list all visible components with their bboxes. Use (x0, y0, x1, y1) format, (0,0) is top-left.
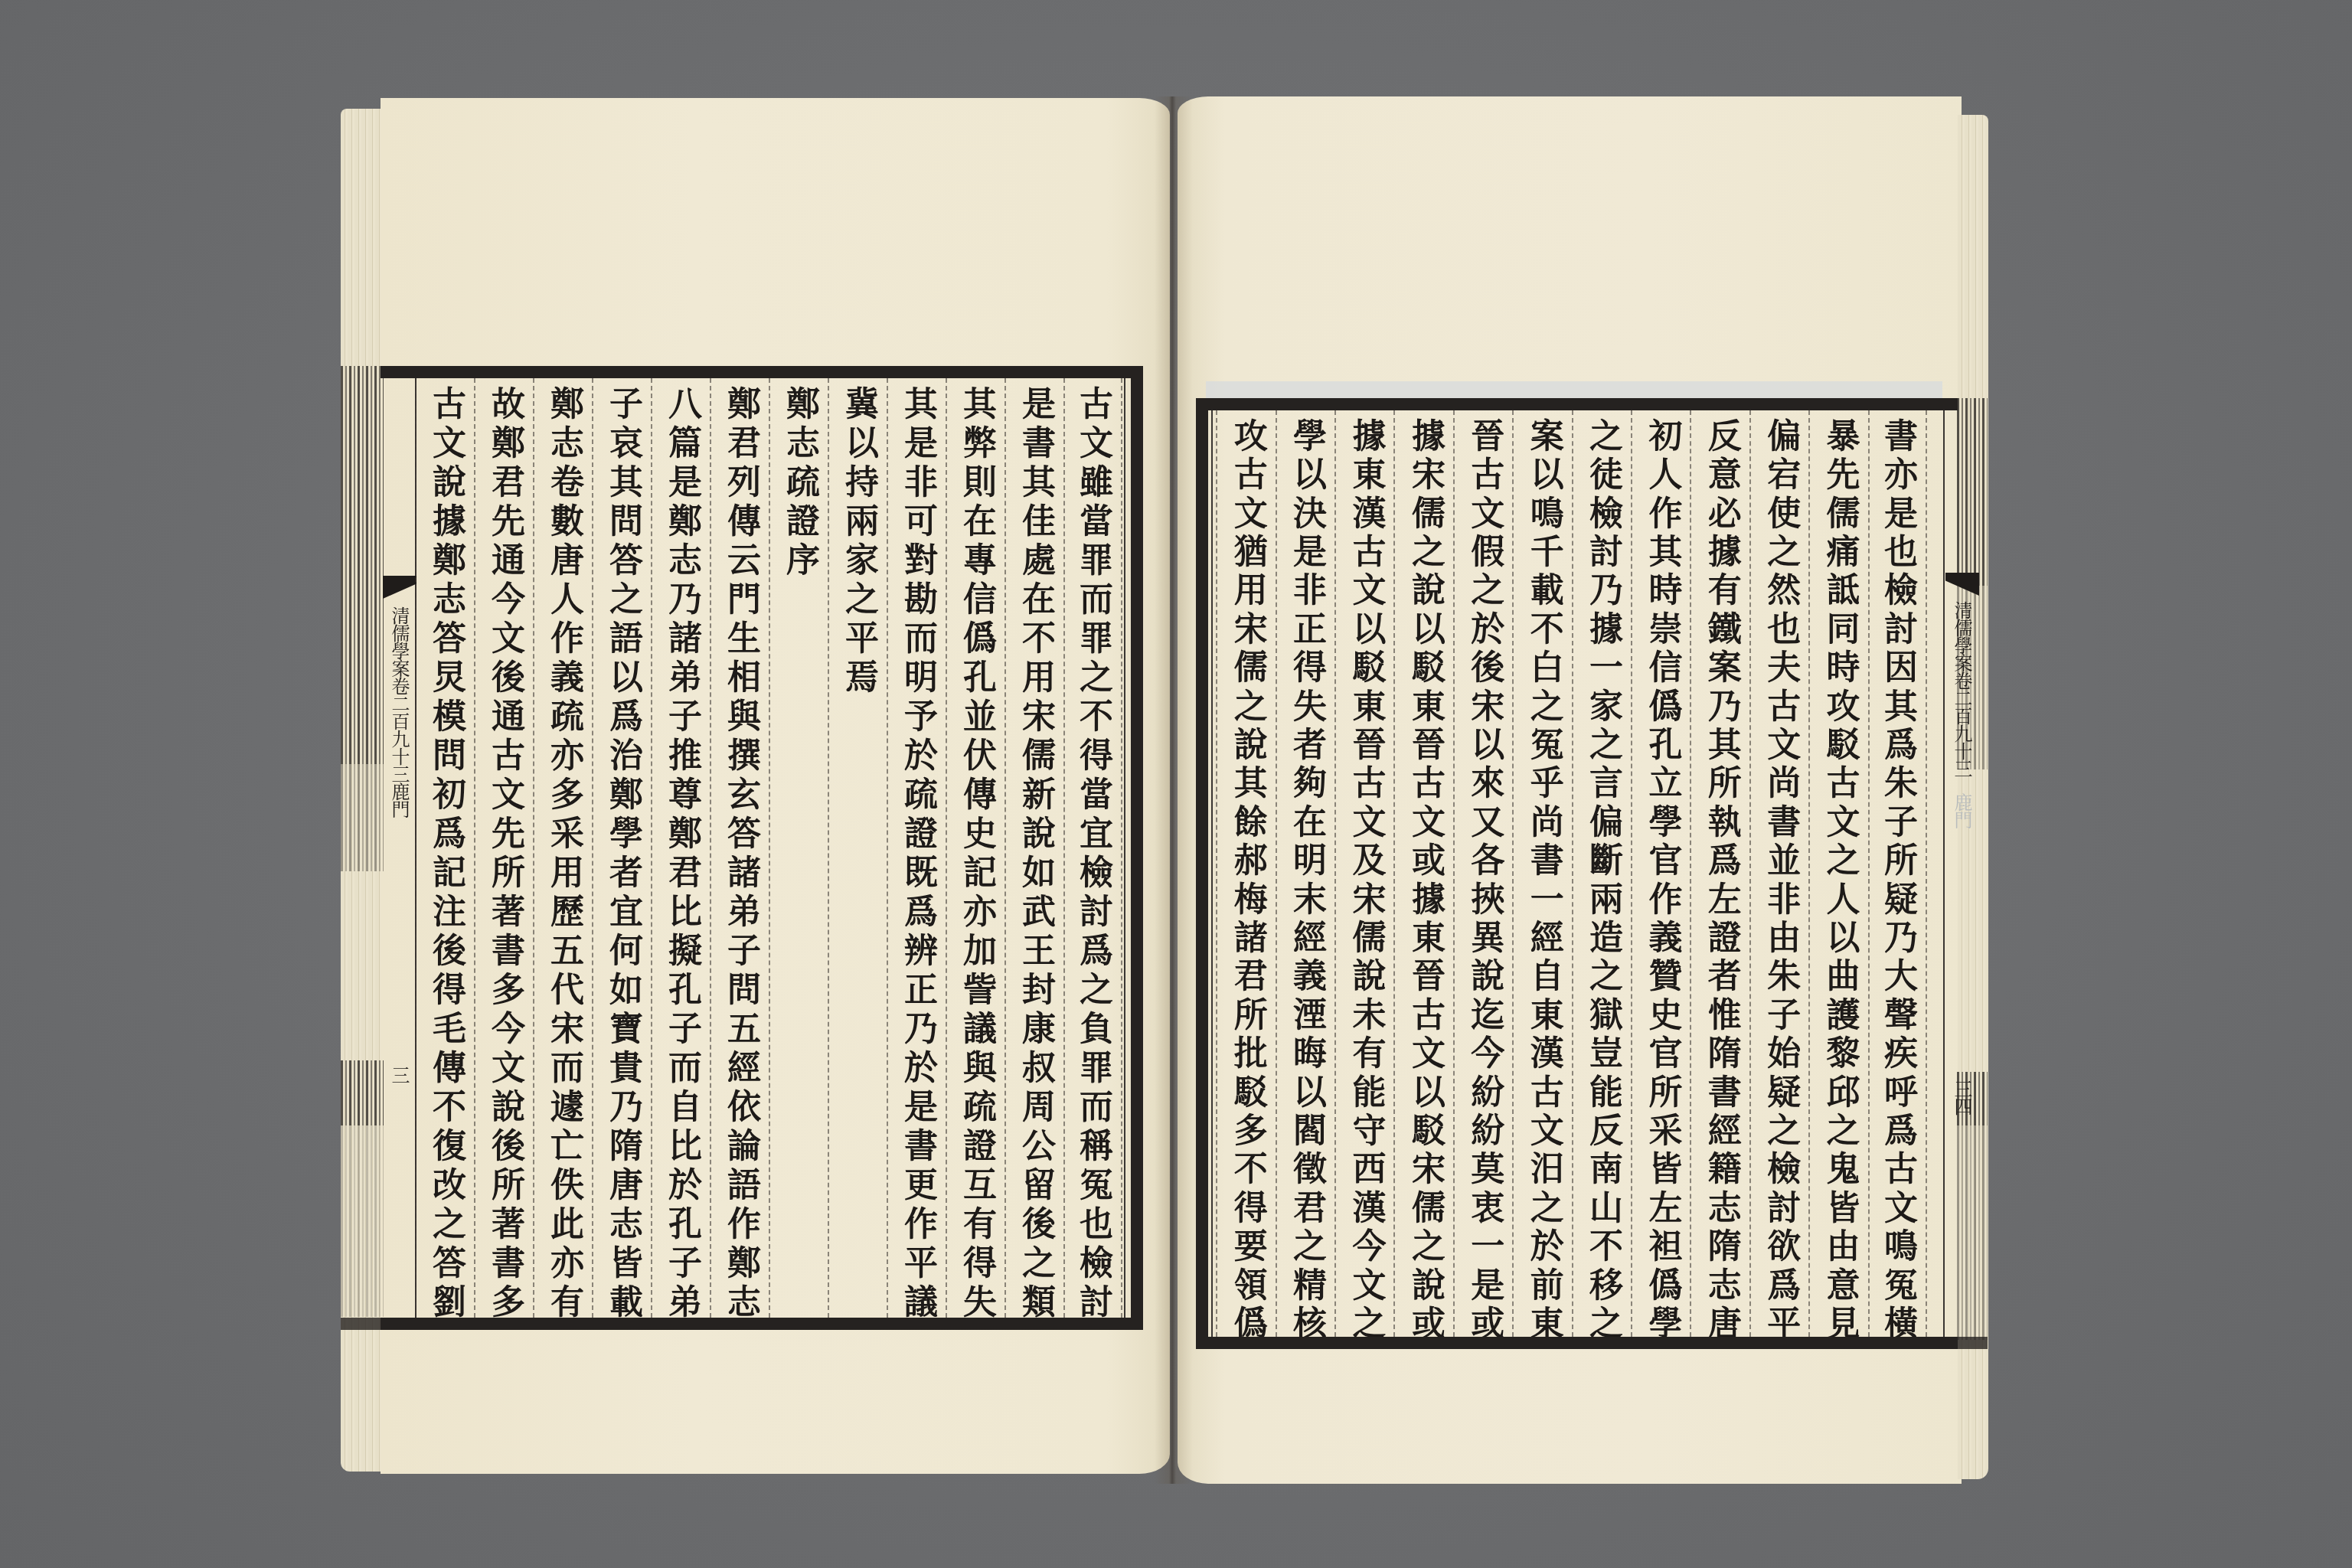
text-column: 案以鳴千載不白之冤乎尚書一經自東漢古文汨之於前東 (1512, 410, 1571, 1337)
text-column: 其弊則在專信僞孔並伏傳史記亦加訾議與疏證互有得失 (946, 378, 1004, 1318)
text-column: 八篇是鄭志乃諸弟子推尊鄭君比擬孔子而自比於孔子弟 (651, 378, 710, 1318)
right-page-text: 書亦是也檢討因其爲朱子所疑乃大聲疾呼爲古文鳴冤橫 暴先儒痛詆同時攻駁古文之人以曲… (1216, 410, 1927, 1337)
right-edge-print-marks (1957, 1125, 1988, 1340)
left-margin-section: 鹿門 (387, 782, 410, 836)
left-edge-print-marks (341, 1125, 384, 1317)
text-column: 暴先儒痛詆同時攻駁古文之人以曲護黎邱之鬼皆由意見 (1808, 410, 1867, 1337)
text-column: 初人作其時崇信僞孔立學官作義贊史官所采皆左袒僞學 (1631, 410, 1690, 1337)
text-column: 偏宕使之然也夫古文尚書並非由朱子始疑之檢討欲爲平 (1749, 410, 1808, 1337)
text-column: 之徒檢討乃據一家之言偏斷兩造之獄豈能反南山不移之 (1572, 410, 1631, 1337)
text-column: 是書其佳處在不用宋儒新說如武王封康叔周公留後之類 (1004, 378, 1063, 1318)
text-column: 古文雖當罪而罪之不得當宜檢討爲之負罪而稱冤也檢討 (1063, 378, 1122, 1318)
left-edge-print-marks (341, 764, 384, 871)
right-margin-section: 鹿門 (1950, 793, 1973, 847)
text-column: 冀以持兩家之平焉 (828, 378, 887, 1318)
left-edge-border-mark (341, 1318, 384, 1330)
book-gutter (1155, 96, 1193, 1484)
text-column: 古文說據鄭志答炅模問初爲記注後得毛傳不復改之答劉 (415, 378, 474, 1318)
paper-repair-strip (1206, 381, 1942, 400)
right-edge-border-mark (1957, 1337, 1988, 1349)
right-margin-page-number: 三四 (1950, 1080, 1973, 1125)
text-column: 其是非可對勘而明予於疏證既爲辨正乃於是書更作平議 (887, 378, 946, 1318)
text-column: 鄭君列傳云門生相與撰玄答諸弟子問五經依論語作鄭志 (710, 378, 769, 1318)
left-page-text: 古文雖當罪而罪之不得當宜檢討爲之負罪而稱冤也檢討 是書其佳處在不用宋儒新說如武王… (415, 378, 1122, 1318)
text-column: 晉古文假之於後宋以來又各挾異說迄今紛紛莫衷一是或 (1453, 410, 1512, 1337)
section-heading: 鄭志疏證序 (769, 378, 828, 1318)
right-margin-book-title: 清儒學案卷二百九十三 (1950, 601, 1973, 785)
left-frame-inner-rule (1124, 378, 1125, 1318)
text-column: 故鄭君先通今文後通古文先所著書多今文說後所著書多 (474, 378, 533, 1318)
text-column: 子哀其問答之語以爲治鄭學者宜何如寶貴乃隋唐志皆載 (592, 378, 651, 1318)
right-edge-print-marks (1957, 398, 1988, 586)
left-edge-print-marks (341, 366, 384, 764)
text-column: 據宋儒之說以駁東晉古文或據東晉古文以駁宋儒之說或 (1393, 410, 1452, 1337)
left-margin-book-title: 清儒學案卷二百九十三 (387, 606, 410, 790)
text-column: 反意必據有鐵案乃其所執爲左證者惟隋書經籍志隋志唐 (1690, 410, 1749, 1337)
left-margin-page-number: 三 (387, 1066, 410, 1096)
text-column: 鄭志卷數唐人作義疏亦多采用歷五代宋而遽亡佚此亦有 (533, 378, 592, 1318)
text-column: 學以決是非正得失者夠在明末經義湮晦以閻徵君之精核 (1276, 410, 1334, 1337)
photo-stage: 清儒學案卷二百九十三 鹿門 三 古文雖當罪而罪之不得當宜檢討爲之負罪而稱冤也檢討… (0, 0, 2352, 1568)
text-column: 據東漢古文以駁東晉古文及宋儒說未有能守西漢今文之 (1334, 410, 1393, 1337)
right-frame-inner-rule (1211, 410, 1213, 1337)
text-column: 書亦是也檢討因其爲朱子所疑乃大聲疾呼爲古文鳴冤橫 (1868, 410, 1927, 1337)
right-fold-rule (1943, 410, 1945, 1337)
text-column: 攻古文猶用宋儒之說其餘郝梅諸君所批駁多不得要領僞 (1216, 410, 1275, 1337)
left-edge-print-marks (341, 1060, 384, 1125)
